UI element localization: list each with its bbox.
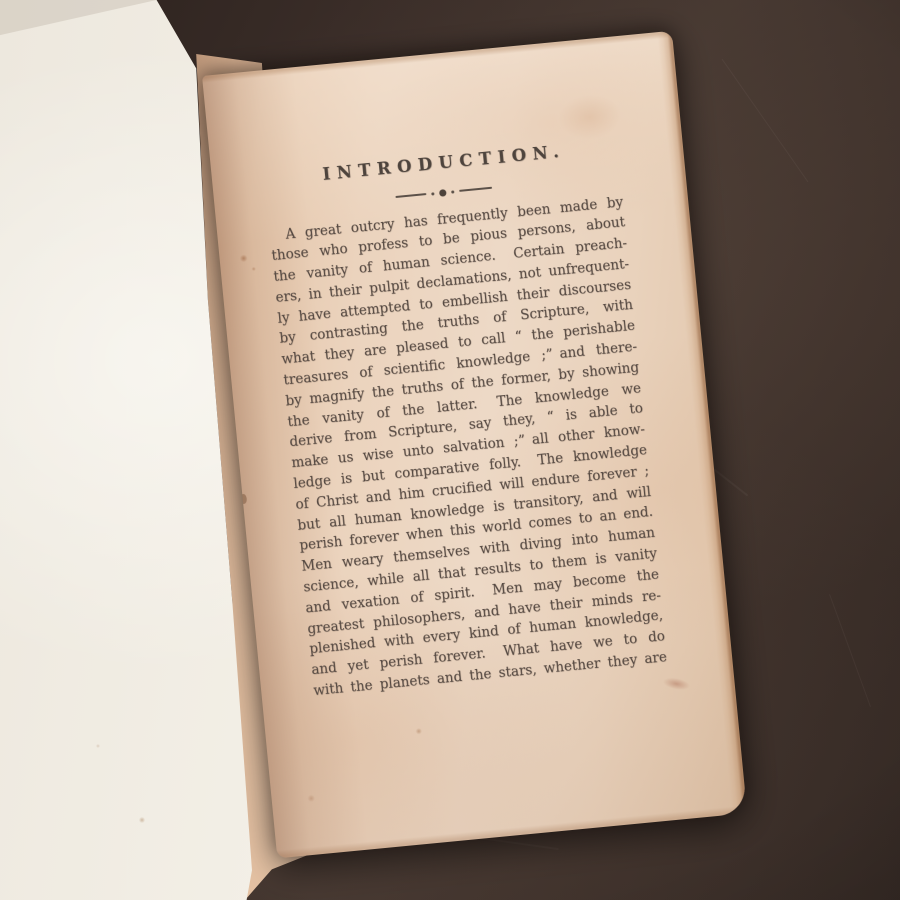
paragraph: A great outcry has frequently been made … <box>269 192 668 702</box>
right-page-surface: INTRODUCTION. A great outcry has frequen… <box>202 31 747 859</box>
ornament-rule-right <box>459 187 492 192</box>
background-scratch <box>722 59 809 182</box>
ornament-rule-left <box>395 194 426 199</box>
foxing-spot <box>96 744 100 748</box>
background-scratch <box>829 594 871 707</box>
foxing-spot <box>139 817 145 823</box>
ornament-dot-small-left <box>431 192 435 196</box>
photo-background: INTRODUCTION. A great outcry has frequen… <box>0 0 900 900</box>
ornament-dot-small-right <box>451 190 455 194</box>
ornament-dot-large <box>439 189 446 196</box>
right-page: INTRODUCTION. A great outcry has frequen… <box>202 31 747 859</box>
